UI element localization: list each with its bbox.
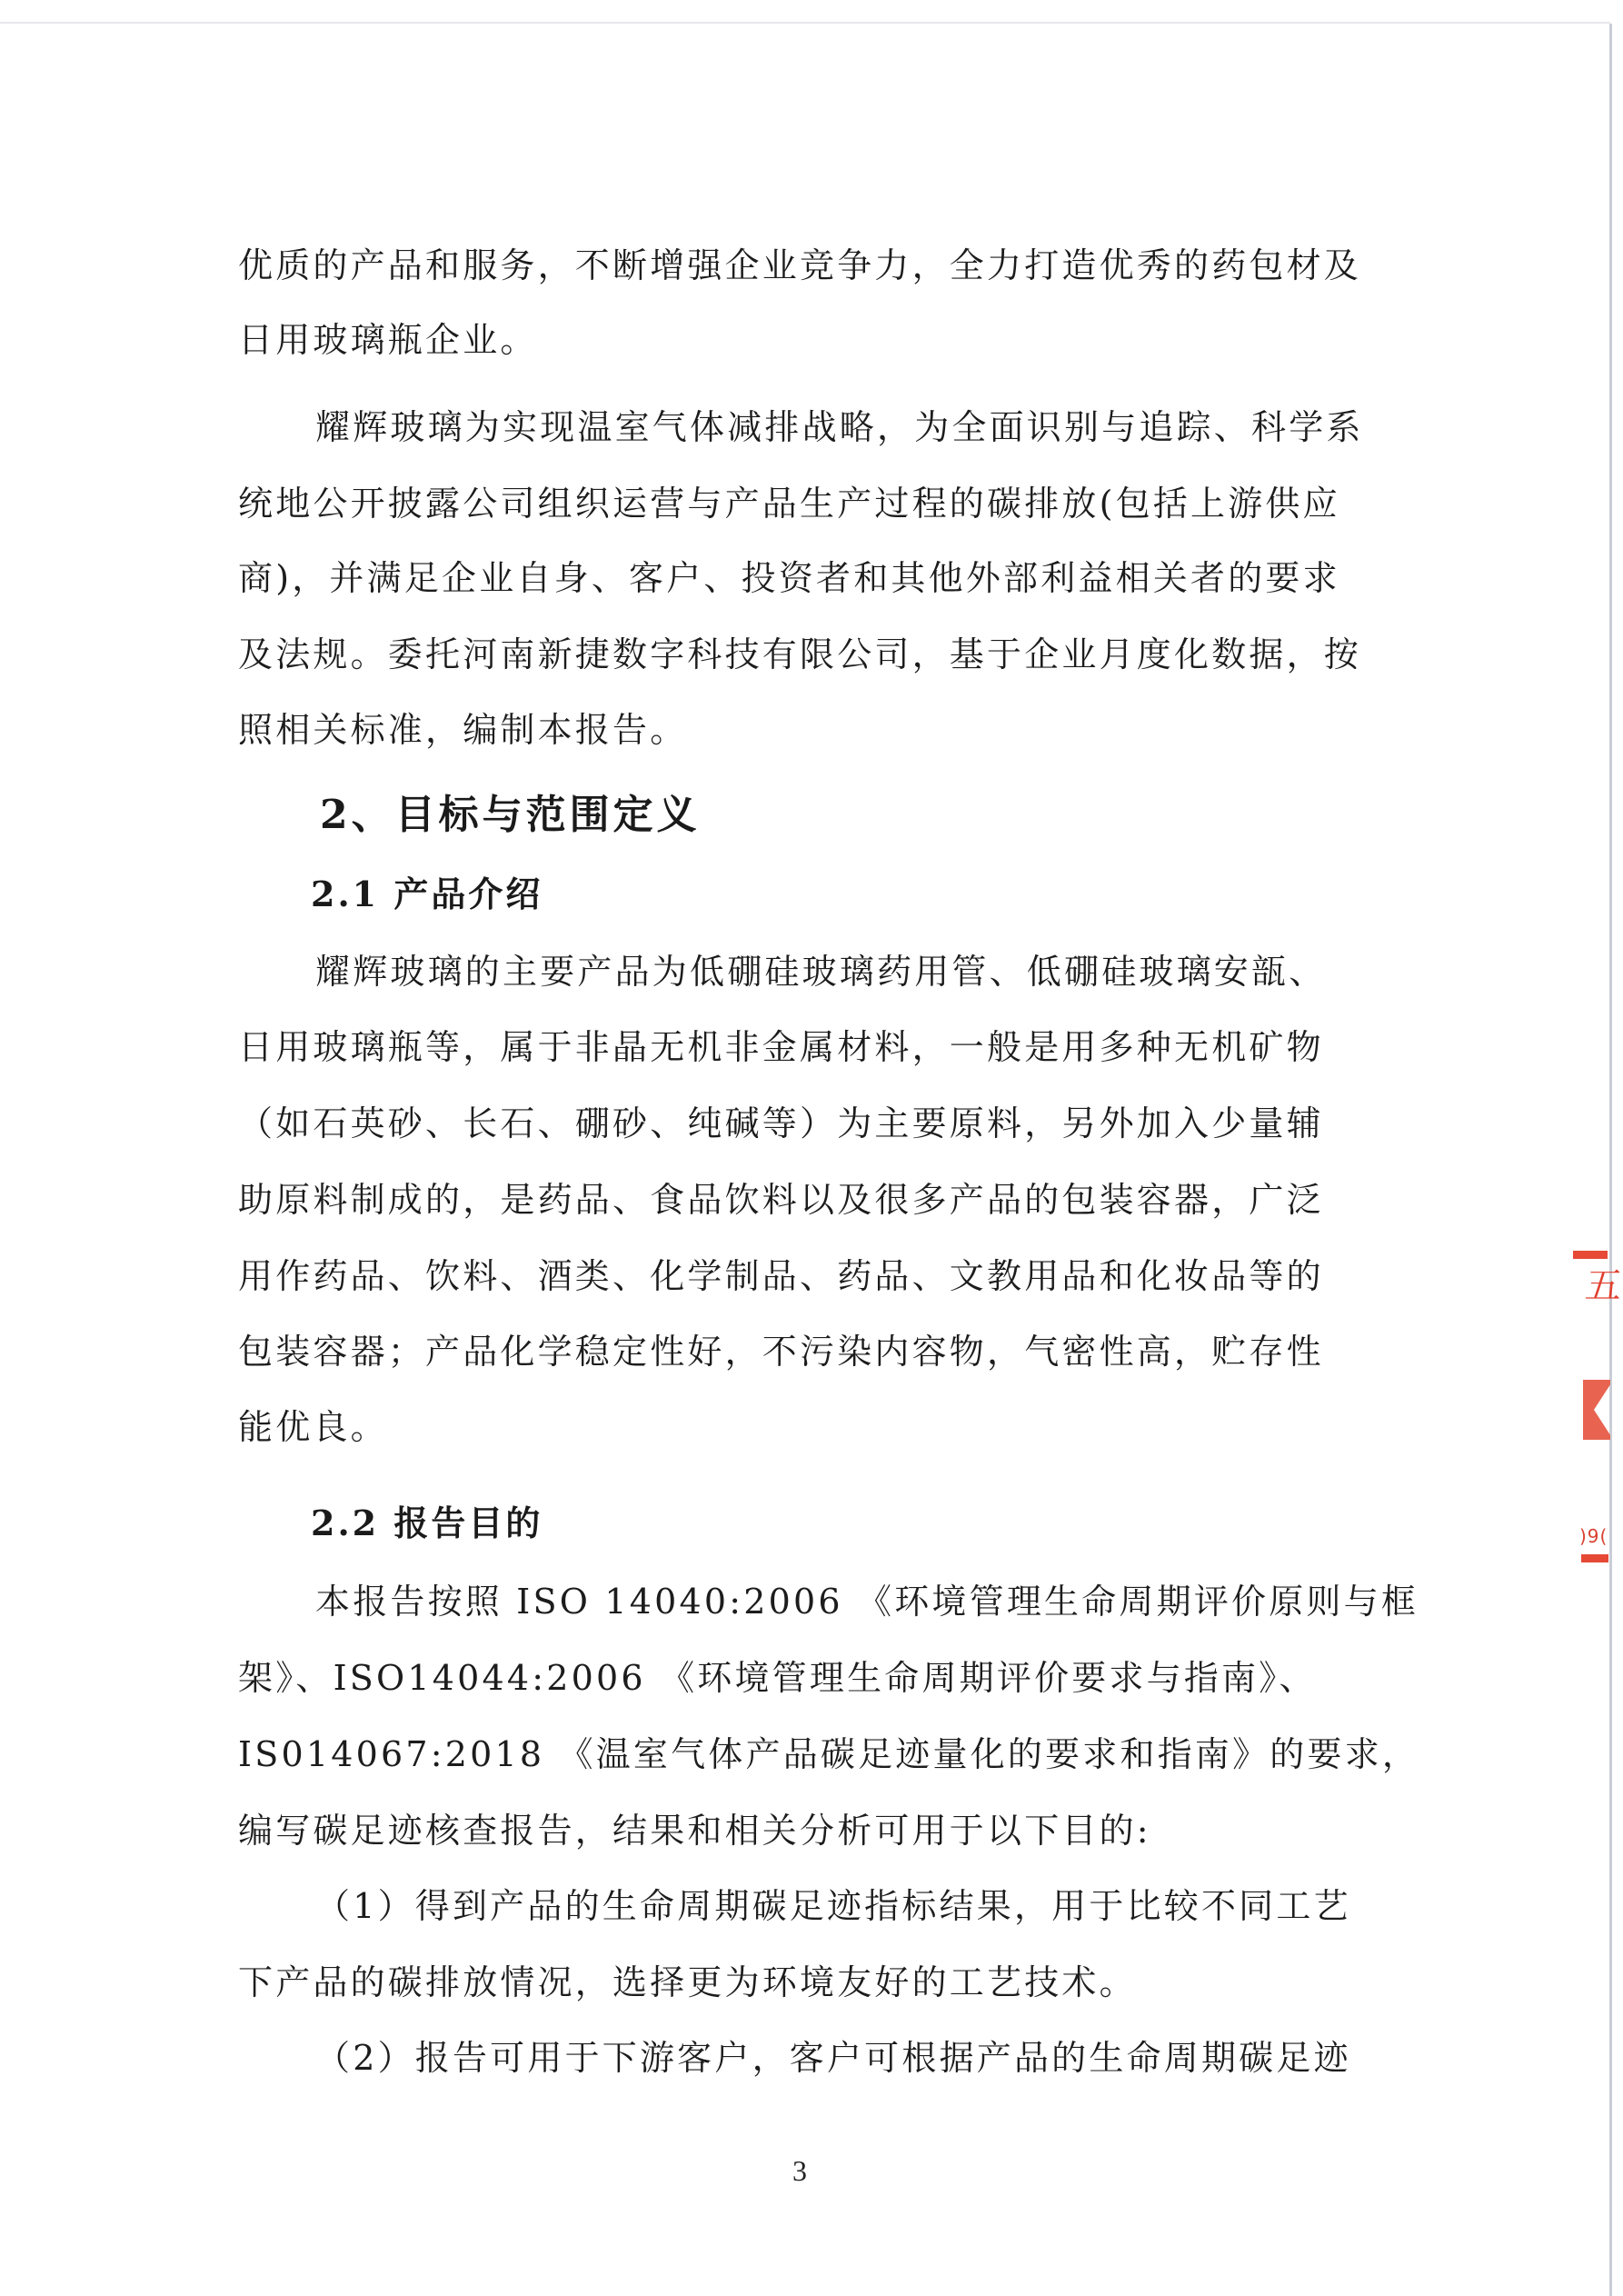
- body-line: 优质的产品和服务，不断增强企业竞争力，全力打造优秀的药包材及: [238, 244, 1361, 287]
- body-line: 耀辉玻璃为实现温室气体减排战略，为全面识别与追踪、科学系: [315, 405, 1364, 449]
- page-number: 3: [792, 2154, 807, 2188]
- body-line: 商)，并满足企业自身、客户、投资者和其他外部利益相关者的要求: [238, 556, 1340, 600]
- body-line: 架》、ISO14044:2006 《环境管理生命周期评价要求与指南》、: [238, 1656, 1317, 1700]
- stamp-chevron-mark: [1583, 1380, 1610, 1440]
- body-line: 日用玻璃瓶企业。: [238, 318, 538, 362]
- body-line: 编写碳足迹核查报告，结果和相关分析可用于以下目的:: [238, 1809, 1151, 1852]
- list-item-2-line: （2）报告可用于下游客户，客户可根据产品的生命周期碳足迹: [315, 2036, 1351, 2080]
- body-line: 助原料制成的，是药品、食品饮料以及很多产品的包装容器，广泛: [238, 1178, 1324, 1222]
- body-line: 日用玻璃瓶等，属于非晶无机非金属材料，一般是用多种无机矿物: [238, 1025, 1324, 1069]
- list-item-1-line: 下产品的碳排放情况，选择更为环境友好的工艺技术。: [238, 1961, 1137, 2004]
- list-item-1-line: （1）得到产品的生命周期碳足迹指标结果，用于比较不同工艺: [315, 1884, 1351, 1928]
- stamp-bar-bottom: [1581, 1554, 1608, 1562]
- scan-edge-right: [1609, 24, 1612, 2296]
- body-line: 统地公开披露公司组织运营与产品生产过程的碳排放(包括上游供应: [238, 482, 1340, 525]
- body-line: IS014067:2018 《温室气体产品碳足迹量化的要求和指南》的要求，: [238, 1732, 1419, 1776]
- body-line: 用作药品、饮料、酒类、化学制品、药品、文教用品和化妆品等的: [238, 1254, 1324, 1298]
- body-line: 能优良。: [238, 1405, 388, 1449]
- section-heading-2-2: 2.2 报告目的: [311, 1502, 543, 1545]
- stamp-digits: )9(: [1579, 1525, 1608, 1547]
- stamp-character: 五: [1583, 1257, 1623, 1309]
- body-line: 及法规。委托河南新捷数字科技有限公司，基于企业月度化数据，按: [238, 633, 1361, 676]
- scan-edge-top: [0, 22, 1610, 24]
- body-line: 照相关标准，编制本报告。: [238, 708, 687, 752]
- section-heading-2-1: 2.1 产品介绍: [311, 873, 543, 916]
- body-line: （如石英砂、长石、硼砂、纯碱等）为主要原料，另外加入少量辅: [238, 1102, 1324, 1145]
- body-line: 本报告按照 ISO 14040:2006 《环境管理生命周期评价原则与框: [315, 1580, 1419, 1623]
- body-line: 耀辉玻璃的主要产品为低硼硅玻璃药用管、低硼硅玻璃安瓿、: [315, 950, 1326, 993]
- section-heading-2: 2、目标与范围定义: [320, 791, 701, 840]
- body-line: 包装容器；产品化学稳定性好，不污染内容物，气密性高，贮存性: [238, 1330, 1324, 1373]
